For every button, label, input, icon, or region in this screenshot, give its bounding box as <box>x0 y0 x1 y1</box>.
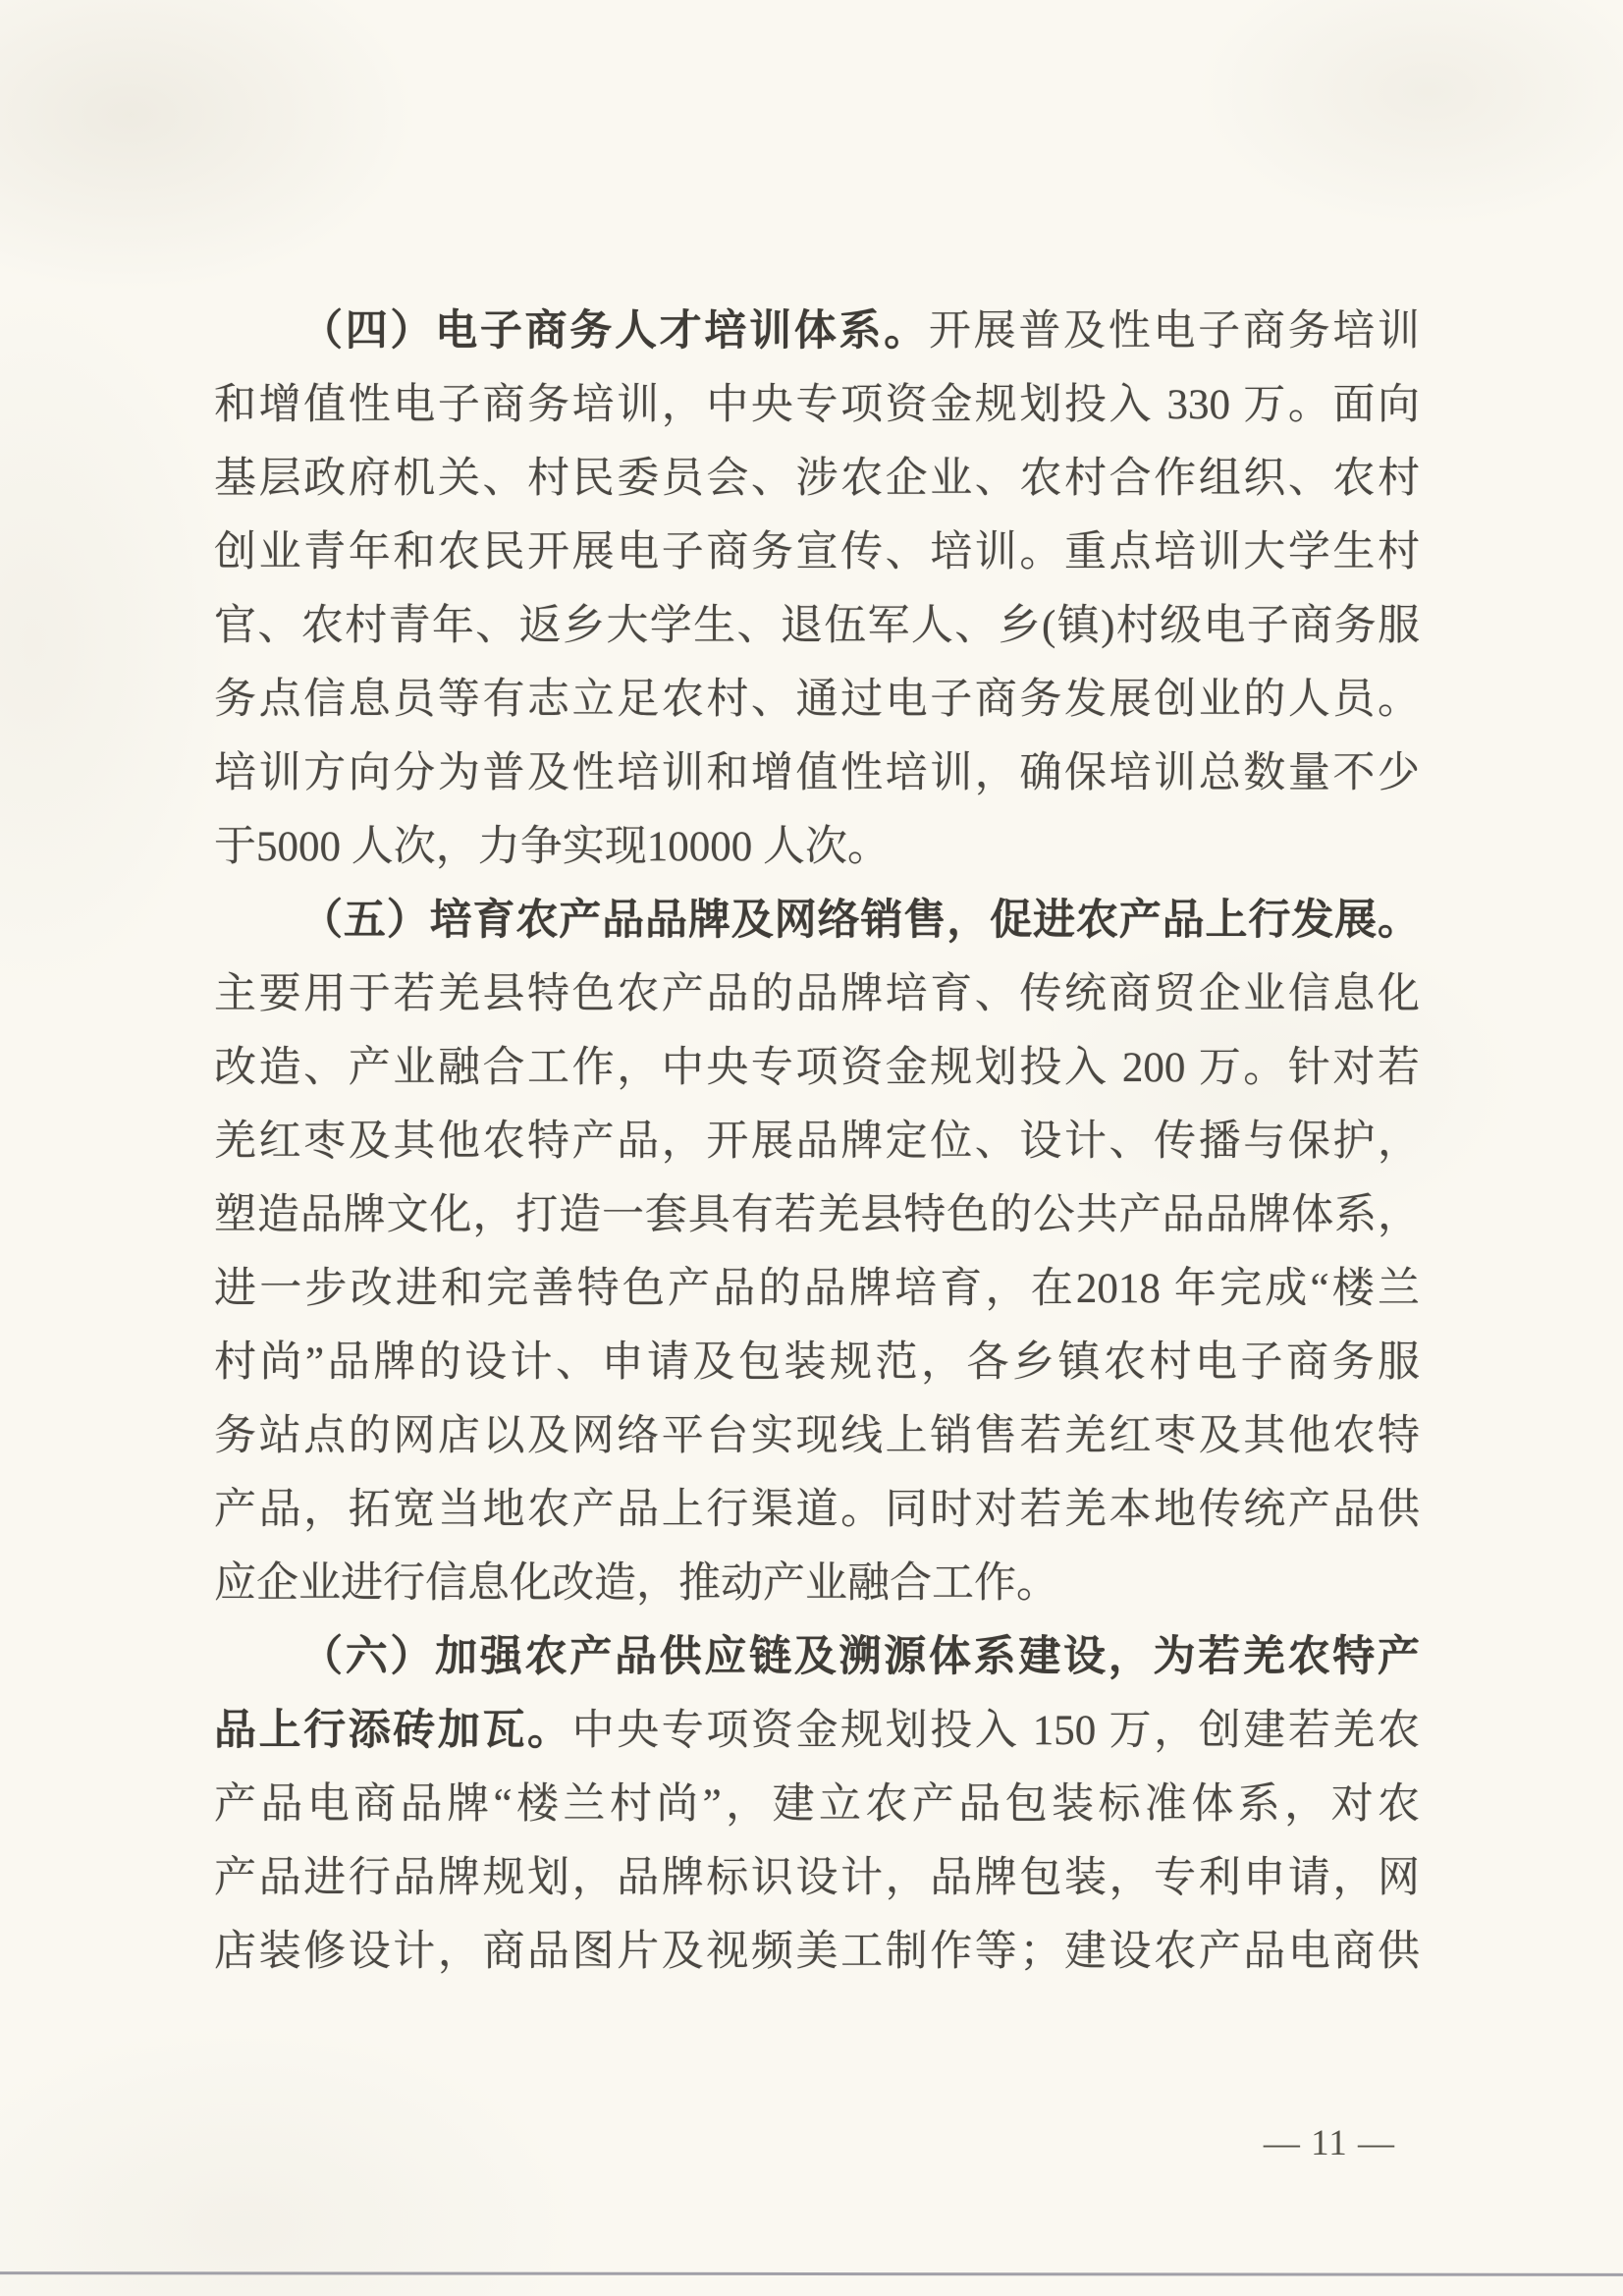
text-line: 培训方向分为普及性培训和增值性培训，确保培训总数量不少 <box>214 737 1420 810</box>
text-line: 进一步改进和完善特色产品的品牌培育，在2018 年完成“楼兰 <box>214 1252 1420 1326</box>
body-text: 主要用于若羌县特色农产品的品牌培育、传统商贸企业信息化 <box>214 971 1420 1017</box>
body-text: 基层政府机关、村民委员会、涉农企业、农村合作组织、农村 <box>214 456 1420 502</box>
text-line: 店装修设计，商品图片及视频美工制作等；建设农产品电商供 <box>214 1915 1420 1989</box>
body-text: 务站点的网店以及网络平台实现线上销售若羌红枣及其他农特 <box>214 1413 1420 1459</box>
text-line: 基层政府机关、村民委员会、涉农企业、农村合作组织、农村 <box>214 442 1420 516</box>
body-text: 店装修设计，商品图片及视频美工制作等；建设农产品电商供 <box>214 1929 1420 1975</box>
text-line: 务点信息员等有志立足农村、通过电子商务发展创业的人员。 <box>214 663 1420 737</box>
body-text: 应企业进行信息化改造，推动产业融合工作。 <box>214 1560 1058 1607</box>
text-line: 官、农村青年、返乡大学生、退伍军人、乡(镇)村级电子商务服 <box>214 589 1420 663</box>
body-text: 村尚”品牌的设计、申请及包装规范，各乡镇农村电子商务服 <box>214 1339 1420 1386</box>
document-body: （四）电子商务人才培训体系。开展普及性电子商务培训和增值性电子商务培训，中央专项… <box>214 295 1420 1989</box>
body-text: 改造、产业融合工作，中央专项资金规划投入 200 万。针对若 <box>214 1045 1420 1091</box>
section-heading-text: （四）电子商务人才培训体系。 <box>300 308 929 355</box>
text-line: 改造、产业融合工作，中央专项资金规划投入 200 万。针对若 <box>214 1031 1420 1105</box>
body-text: 产品进行品牌规划，品牌标识设计，品牌包装，专利申请，网 <box>214 1855 1420 1901</box>
page-bottom-edge-line <box>0 2271 1623 2276</box>
page-number: — 11 — <box>1221 2119 1437 2168</box>
body-text: 于5000 人次，力争实现10000 人次。 <box>214 824 890 870</box>
text-line: 产品进行品牌规划，品牌标识设计，品牌包装，专利申请，网 <box>214 1841 1420 1915</box>
text-line: （四）电子商务人才培训体系。开展普及性电子商务培训 <box>214 295 1420 368</box>
section-heading-text: （五）培育农产品品牌及网络销售，促进农产品上行发展。 <box>300 898 1420 944</box>
text-line: 品上行添砖加瓦。中央专项资金规划投入 150 万，创建若羌农 <box>214 1694 1420 1768</box>
body-text: 官、农村青年、返乡大学生、退伍军人、乡(镇)村级电子商务服 <box>214 603 1420 649</box>
body-text: 开展普及性电子商务培训 <box>929 308 1420 355</box>
body-text: 进一步改进和完善特色产品的品牌培育，在2018 年完成“楼兰 <box>214 1266 1420 1312</box>
text-line: 务站点的网店以及网络平台实现线上销售若羌红枣及其他农特 <box>214 1399 1420 1473</box>
section-heading-text: （六）加强农产品供应链及溯源体系建设，为若羌农特产 <box>300 1634 1420 1680</box>
body-text: 产品电商品牌“楼兰村尚”，建立农产品包装标准体系，对农 <box>214 1781 1420 1828</box>
body-text: 中央专项资金规划投入 150 万，创建若羌农 <box>572 1708 1420 1754</box>
text-line: 产品，拓宽当地农产品上行渠道。同时对若羌本地传统产品供 <box>214 1473 1420 1547</box>
text-line: 主要用于若羌县特色农产品的品牌培育、传统商贸企业信息化 <box>214 957 1420 1031</box>
body-text: 产品，拓宽当地农产品上行渠道。同时对若羌本地传统产品供 <box>214 1487 1420 1533</box>
text-line: 羌红枣及其他农特产品，开展品牌定位、设计、传播与保护， <box>214 1105 1420 1178</box>
body-text: 和增值性电子商务培训，中央专项资金规划投入 330 万。面向 <box>214 382 1420 428</box>
text-line: 创业青年和农民开展电子商务宣传、培训。重点培训大学生村 <box>214 516 1420 589</box>
text-line: （六）加强农产品供应链及溯源体系建设，为若羌农特产 <box>214 1620 1420 1694</box>
text-line: 塑造品牌文化，打造一套具有若羌县特色的公共产品品牌体系， <box>214 1178 1420 1252</box>
scanned-page: （四）电子商务人才培训体系。开展普及性电子商务培训和增值性电子商务培训，中央专项… <box>0 0 1623 2296</box>
body-text: 羌红枣及其他农特产品，开展品牌定位、设计、传播与保护， <box>214 1119 1420 1165</box>
section-heading-text: 品上行添砖加瓦。 <box>214 1708 572 1754</box>
body-text: 塑造品牌文化，打造一套具有若羌县特色的公共产品品牌体系， <box>214 1192 1420 1238</box>
text-line: （五）培育农产品品牌及网络销售，促进农产品上行发展。 <box>214 884 1420 957</box>
body-text: 务点信息员等有志立足农村、通过电子商务发展创业的人员。 <box>214 677 1420 723</box>
text-line: 村尚”品牌的设计、申请及包装规范，各乡镇农村电子商务服 <box>214 1326 1420 1399</box>
text-line: 和增值性电子商务培训，中央专项资金规划投入 330 万。面向 <box>214 368 1420 442</box>
text-line: 产品电商品牌“楼兰村尚”，建立农产品包装标准体系，对农 <box>214 1768 1420 1841</box>
body-text: 创业青年和农民开展电子商务宣传、培训。重点培训大学生村 <box>214 529 1420 575</box>
text-line: 于5000 人次，力争实现10000 人次。 <box>214 810 1420 884</box>
text-line: 应企业进行信息化改造，推动产业融合工作。 <box>214 1547 1420 1620</box>
body-text: 培训方向分为普及性培训和增值性培训，确保培训总数量不少 <box>214 750 1420 796</box>
